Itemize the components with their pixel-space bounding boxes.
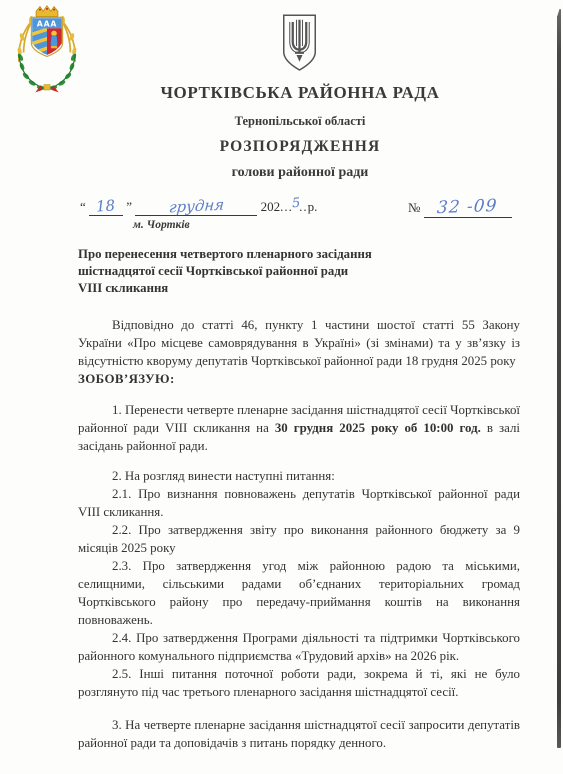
month-field: грудня: [135, 197, 257, 216]
svg-text:ААА: ААА: [37, 19, 57, 28]
scanned-document-page: ААА: [0, 0, 563, 774]
day-handwritten-value: 18: [96, 196, 116, 215]
paragraph-obligate: ЗОБОВ’ЯЗУЮ:: [78, 370, 520, 388]
open-quote: “: [80, 199, 86, 214]
paragraph-2-1: 2.1. Про визнання повноважень депутатів …: [78, 485, 520, 521]
place-line: м. Чортків: [133, 219, 190, 231]
paragraph-1: 1. Перенести четверте пленарне засідання…: [78, 401, 520, 455]
oblast-name: Тернопільської області: [37, 114, 563, 129]
document-header: ЧОРТКІВСЬКА РАЙОННА РАДА Тернопільської …: [37, 83, 563, 181]
paragraph-intro: Відповідно до статті 46, пункту 1 частин…: [78, 316, 520, 370]
subject-line: VIII скликання: [78, 280, 408, 297]
trident-icon: [277, 13, 322, 73]
date-line: “ 18 ” грудня 202...5..р.: [80, 197, 317, 216]
scan-edge-artifact: [557, 9, 561, 748]
bold-date-time: 30 грудня 2025 року об 10:00 год.: [275, 421, 481, 435]
number-field: 32 -09: [424, 197, 512, 218]
document-body: Відповідно до статті 46, пункту 1 частин…: [78, 316, 520, 752]
paragraph-3: 3. На четверте пленарне засідання шістна…: [78, 716, 520, 752]
paragraph-2: 2. На розгляд винести наступні питання:: [78, 467, 520, 485]
issuer-line: голови районної ради: [37, 165, 563, 181]
subject-block: Про перенесення четвертого пленарного за…: [78, 246, 408, 297]
council-name: ЧОРТКІВСЬКА РАЙОННА РАДА: [37, 83, 563, 103]
paragraph-2-5: 2.5. Інші питання поточної роботи ради, …: [78, 665, 520, 701]
paragraph-2-2: 2.2. Про затвердження звіту про виконанн…: [78, 521, 520, 557]
paragraph-2-4: 2.4. Про затвердження Програми діяльност…: [78, 629, 520, 665]
number-line: № 32 -09: [408, 197, 512, 218]
scan-corner-artifact: [544, 3, 560, 16]
doc-type-title: РОЗПОРЯДЖЕННЯ: [37, 138, 563, 156]
year-suffix: р.: [308, 199, 318, 214]
close-quote: ”: [126, 199, 132, 214]
subject-line: шістнадцятої сесії Чортківської районної…: [78, 263, 408, 280]
number-label: №: [408, 200, 420, 215]
month-handwritten-value: грудня: [168, 196, 225, 217]
paragraph-2-3: 2.3. Про затвердження угод між районною …: [78, 557, 520, 629]
day-field: 18: [89, 197, 123, 216]
number-handwritten-value: 32 -09: [437, 196, 499, 218]
subject-line: Про перенесення четвертого пленарного за…: [78, 246, 408, 263]
year-prefix: 202: [261, 199, 281, 214]
year-handwritten-digit: 5: [291, 196, 301, 212]
